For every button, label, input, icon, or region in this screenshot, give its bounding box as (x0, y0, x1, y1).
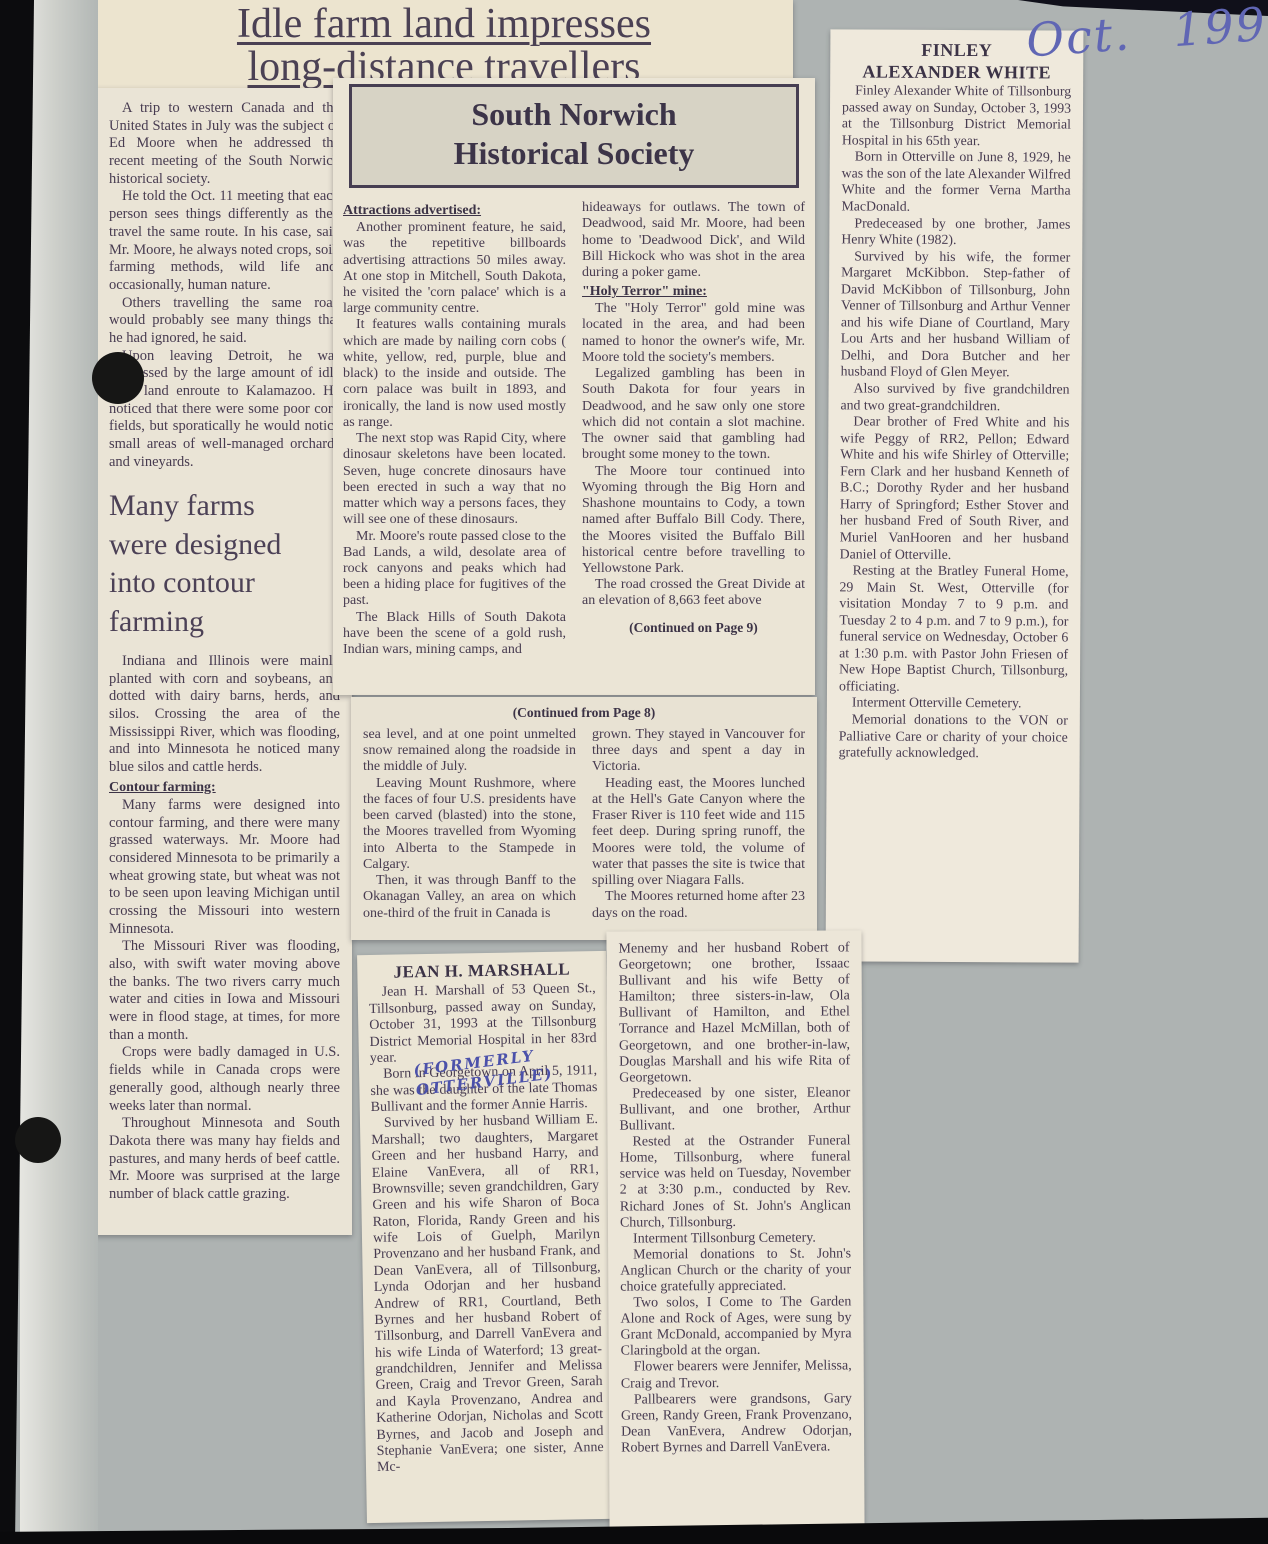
paragraph: Resting at the Bratley Funeral Home, 29 … (839, 562, 1069, 696)
scrapbook-page: Idle farm land impresses long-distance t… (0, 0, 1268, 1544)
paragraph: sea level, and at one point unmelted sno… (363, 727, 576, 776)
punch-hole-bottom (15, 1117, 61, 1163)
binder-edge-band (20, 0, 98, 1544)
paragraph: hideaways for outlaws. The town of Deadw… (582, 200, 805, 281)
obituary-title: JEAN H. MARSHALL (368, 959, 595, 983)
farm-mid-paragraphs: Indiana and Illinois were mainly planted… (109, 653, 340, 777)
paragraph: Memorial donations to St. John's Anglica… (620, 1246, 851, 1295)
paragraph: Legalized gambling has been in South Dak… (582, 366, 805, 463)
paragraph: Mr. Moore's route passed close to the Ba… (343, 529, 566, 610)
paragraph: Also survived by five grandchildren and … (840, 380, 1069, 414)
paragraph: He told the Oct. 11 meeting that each pe… (109, 188, 340, 294)
section-label-attractions: Attractions advertised: (343, 203, 566, 219)
continued-column-2: grown. They stayed in Vancouver for thre… (592, 727, 805, 922)
paragraph: Upon leaving Detroit, he was impressed b… (109, 348, 340, 472)
clipping-white-obituary: FINLEY ALEXANDER WHITE Finley Alexander … (826, 29, 1084, 962)
punch-hole-top (92, 352, 144, 404)
paragraph: Many farms were designed into contour fa… (109, 797, 340, 939)
marshall-col2-paragraphs: Predeceased by one sister, Eleanor Bulli… (619, 1085, 852, 1456)
paragraph: Predeceased by one sister, Eleanor Bulli… (619, 1085, 850, 1134)
paragraph: The next stop was Rapid City, where dino… (343, 431, 566, 528)
paragraph: Predeceased by one brother, James Henry … (841, 215, 1070, 249)
paragraph: A trip to western Canada and the United … (109, 100, 340, 188)
paragraph: Then, it was through Banff to the Okanag… (363, 873, 576, 922)
paragraph: The "Holy Terror" gold mine was located … (582, 301, 805, 366)
farm-rest-paragraphs: Many farms were designed into contour fa… (109, 797, 340, 1204)
paragraph: grown. They stayed in Vancouver for thre… (592, 727, 805, 776)
paragraph: Survived by her husband William E. Marsh… (371, 1112, 604, 1476)
paragraph: Heading east, the Moores lunched at the … (592, 776, 805, 890)
clipping-marshall-obituary-col1: JEAN H. MARSHALL Jean H. Marshall of 53 … (357, 951, 616, 1523)
society-column-2: hideaways for outlaws. The town of Deadw… (582, 200, 805, 658)
white-obituary-paragraphs: Finley Alexander White of Tillsonburg pa… (839, 83, 1072, 763)
continued-col2-paragraphs: Heading east, the Moores lunched at the … (592, 776, 805, 922)
paragraph: Dear brother of Fred White and his wife … (840, 414, 1070, 564)
continued-from-note: (Continued from Page 8) (363, 705, 805, 721)
section-label-holy-terror: "Holy Terror" mine: (582, 284, 805, 300)
society-title-box: South Norwich Historical Society (349, 84, 799, 188)
paragraph: Another prominent feature, he said, was … (343, 220, 566, 317)
society-col2-paragraphs: The "Holy Terror" gold mine was located … (582, 301, 805, 609)
paragraph: Throughout Minnesota and South Dakota th… (109, 1115, 340, 1203)
paragraph: Survived by his wife, the former Margare… (841, 248, 1071, 382)
society-title-line-2: Historical Society (352, 134, 796, 173)
paragraph: Memorial donations to the VON or Palliat… (839, 711, 1068, 762)
paragraph: Rested at the Ostrander Funeral Home, Ti… (619, 1134, 851, 1232)
continued-column-1: sea level, and at one point unmelted sno… (363, 727, 576, 922)
paragraph: Indiana and Illinois were mainly planted… (109, 653, 340, 777)
paragraph: Menemy and her husband Robert of Georget… (618, 940, 850, 1086)
paragraph: Two solos, I Come to The Garden Alone an… (620, 1294, 851, 1360)
paragraph: Crops were badly damaged in U.S. fields … (109, 1044, 340, 1115)
paragraph: Pallbearers were grandsons, Gary Green, … (621, 1391, 852, 1457)
handwritten-date-note: Oct. 1993 (1024, 0, 1268, 67)
continued-col1-paragraphs: Leaving Mount Rushmore, where the faces … (363, 776, 576, 922)
society-title-line-1: South Norwich (352, 95, 796, 134)
subheading-contour-farming: Many farms were designed into contour fa… (109, 487, 299, 641)
paragraph: Interment Tillsonburg Cemetery. (620, 1230, 851, 1247)
society-col1-paragraphs: Another prominent feature, he said, was … (343, 220, 566, 658)
headline-line-1: Idle farm land impresses (95, 3, 793, 46)
society-columns: Attractions advertised: Another prominen… (343, 200, 805, 658)
continued-columns: sea level, and at one point unmelted sno… (363, 727, 805, 922)
paragraph: Others travelling the same road would pr… (109, 295, 340, 348)
paragraph: It features walls containing murals whic… (343, 317, 566, 431)
clipping-farm-left-column: A trip to western Canada and the United … (95, 88, 352, 1235)
section-label-contour-farming: Contour farming: (109, 780, 340, 796)
paragraph: Leaving Mount Rushmore, where the faces … (363, 776, 576, 873)
paragraph: The Moore tour continued into Wyoming th… (582, 464, 805, 578)
paragraph: Finley Alexander White of Tillsonburg pa… (842, 83, 1071, 150)
paragraph: The Moores returned home after 23 days o… (592, 889, 805, 921)
farm-intro-paragraphs: A trip to western Canada and the United … (109, 100, 340, 471)
continued-on-note: (Continued on Page 9) (582, 620, 805, 636)
clipping-society-continued: (Continued from Page 8) sea level, and a… (351, 697, 817, 940)
paragraph: Interment Otterville Cemetery. (839, 695, 1068, 713)
clipping-marshall-obituary-col2: Menemy and her husband Robert of Georget… (606, 930, 864, 1532)
society-column-1: Attractions advertised: Another prominen… (343, 200, 566, 658)
clipping-society-article: South Norwich Historical Society Attract… (333, 78, 815, 695)
paragraph: The road crossed the Great Divide at an … (582, 577, 805, 609)
paragraph: Born in Otterville on June 8, 1929, he w… (841, 149, 1070, 216)
paragraph: Flower bearers were Jennifer, Melissa, C… (621, 1359, 852, 1392)
paragraph: The Missouri River was flooding, also, w… (109, 938, 340, 1044)
paragraph: The Black Hills of South Dakota have bee… (343, 610, 566, 659)
